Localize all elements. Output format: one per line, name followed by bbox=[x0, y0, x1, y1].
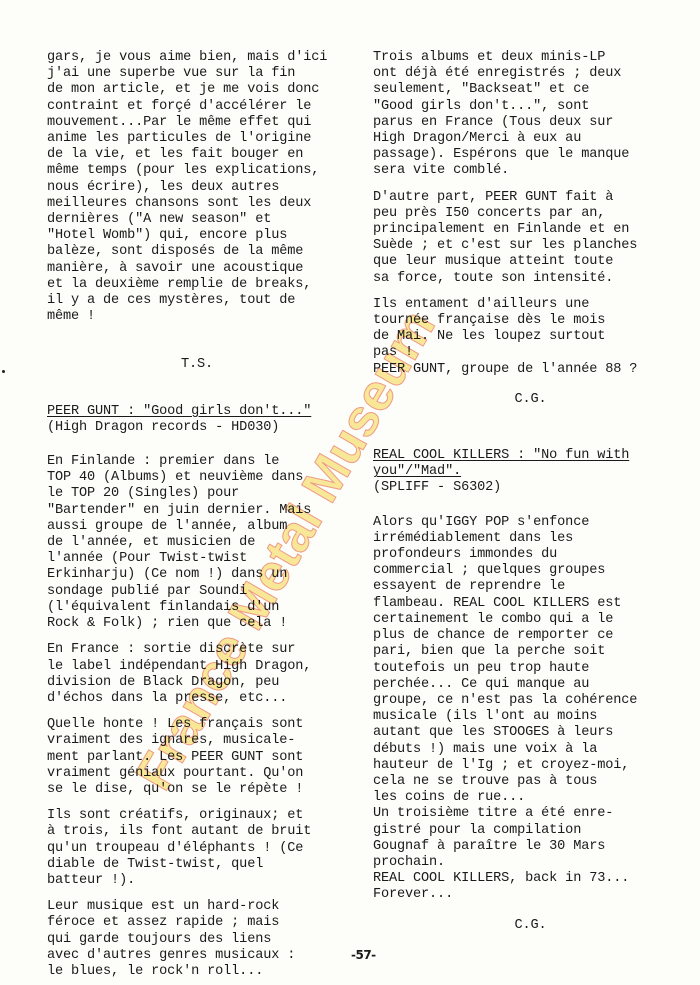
text-line: vraiment des ignares, musicale- bbox=[47, 733, 347, 749]
text-line: certainement le combo qui a le bbox=[373, 612, 688, 628]
page-number: -57- bbox=[351, 948, 376, 962]
text-line: il y a de ces mystères, tout de bbox=[47, 293, 347, 309]
text-line: et la deuxième remplie de breaks, bbox=[47, 277, 347, 293]
paragraph: Leur musique est un hard-rockféroce et a… bbox=[47, 899, 347, 980]
text-line: les coins de rue... bbox=[373, 790, 688, 806]
text-line: dernières ("A new season" et bbox=[47, 212, 347, 228]
review-heading: PEER GUNT : "Good girls don't..." bbox=[47, 404, 347, 420]
text-line: "Bartender" en juin dernier. Mais bbox=[47, 503, 347, 519]
text-line: TOP 40 (Albums) et neuvième dans bbox=[47, 470, 347, 486]
text-line: d'échos dans la presse, etc... bbox=[47, 691, 347, 707]
text-line: you"/"Mad". bbox=[373, 464, 688, 480]
text-line: qui garde toujours des liens bbox=[47, 932, 347, 948]
text-line: Forever... bbox=[373, 887, 688, 903]
signature-ts: T.S. bbox=[47, 357, 347, 373]
text-line: anime les particules de l'origine bbox=[47, 131, 347, 147]
paragraph: Ils sont créatifs, originaux; età trois,… bbox=[47, 808, 347, 889]
text-line: de l'année, et musicien de bbox=[47, 535, 347, 551]
text-line: musicale (ils l'ont au moins bbox=[373, 709, 688, 725]
text-line: perchée... Ce qui manque au bbox=[373, 677, 688, 693]
text-line: En Finlande : premier dans le bbox=[47, 454, 347, 470]
review-heading: REAL COOL KILLERS : "No fun withyou"/"Ma… bbox=[373, 448, 688, 480]
text-line: vraiment géniaux pourtant. Qu'on bbox=[47, 766, 347, 782]
text-line: D'autre part, PEER GUNT fait à bbox=[373, 190, 688, 206]
text-line: l'année (Pour Twist-twist bbox=[47, 551, 347, 567]
text-line: Rock & Folk) ; rien que cela ! bbox=[47, 616, 347, 632]
text-line: pas ! bbox=[373, 345, 688, 361]
record-label: (SPLIFF - S6302) bbox=[373, 480, 688, 496]
text-line: autant que les STOOGES à leurs bbox=[373, 725, 688, 741]
text-line: En France : sortie discrète sur bbox=[47, 642, 347, 658]
text-line: qu'un troupeau d'éléphants ! (Ce bbox=[47, 841, 347, 857]
text-line: passage). Espérons que le manque bbox=[373, 147, 688, 163]
text-line: sondage publié par Soundi bbox=[47, 584, 347, 600]
text-line: commercial ; quelques groupes bbox=[373, 563, 688, 579]
text-line: plus de chance de remporter ce bbox=[373, 628, 688, 644]
text-line: irrémédiablement dans les bbox=[373, 531, 688, 547]
text-line: Quelle honte ! Les français sont bbox=[47, 717, 347, 733]
text-line: tournée française dès le mois bbox=[373, 313, 688, 329]
text-line: Alors qu'IGGY POP s'enfonce bbox=[373, 515, 688, 531]
paragraph: En Finlande : premier dans leTOP 40 (Alb… bbox=[47, 454, 347, 632]
text-line: Erkinharju) (Ce nom !) dans un bbox=[47, 567, 347, 583]
right-column: Trois albums et deux minis-LPont déjà ét… bbox=[373, 50, 688, 934]
text-line: principalement en Finlande et en bbox=[373, 222, 688, 238]
text-line: manière, à savoir une acoustique bbox=[47, 261, 347, 277]
text-line: groupe, ce n'est pas la cohérence bbox=[373, 693, 688, 709]
text-line: diable de Twist-twist, quel bbox=[47, 857, 347, 873]
text-line: débuts !) mais une voix à la bbox=[373, 742, 688, 758]
text-line: avec d'autres genres musicaux : bbox=[47, 948, 347, 964]
text-line: féroce et assez rapide ; mais bbox=[47, 915, 347, 931]
text-line: mouvement...Par le même effet qui bbox=[47, 115, 347, 131]
text-line: aussi groupe de l'année, album bbox=[47, 519, 347, 535]
text-line: Suède ; et c'est sur les planches bbox=[373, 238, 688, 254]
text-line: balèze, sont disposés de la même bbox=[47, 244, 347, 260]
text-line: batteur !). bbox=[47, 873, 347, 889]
signature-cg-2: C.G. bbox=[373, 918, 688, 934]
text-line: meilleures chansons sont les deux bbox=[47, 196, 347, 212]
text-line: toutefois un peu trop haute bbox=[373, 661, 688, 677]
text-line: de mon article, et je me vois donc bbox=[47, 82, 347, 98]
text-line: nous écrire), les deux autres bbox=[47, 180, 347, 196]
scan-mark bbox=[2, 370, 5, 373]
text-line: se le dise, qu'on se le répète ! bbox=[47, 782, 347, 798]
review-continued: Trois albums et deux minis-LPont déjà ét… bbox=[373, 50, 688, 378]
paragraph: En France : sortie discrète surle label … bbox=[47, 642, 347, 707]
text-line: "Hotel Womb") qui, encore plus bbox=[47, 228, 347, 244]
text-line: sera vite comblé. bbox=[373, 163, 688, 179]
text-line: Gougnaf à paraître le 30 Mars bbox=[373, 839, 688, 855]
paragraph: Quelle honte ! Les français sontvraiment… bbox=[47, 717, 347, 798]
review-real-cool-killers: REAL COOL KILLERS : "No fun withyou"/"Ma… bbox=[373, 448, 688, 903]
text-line: profondeurs immondes du bbox=[373, 547, 688, 563]
text-line: ment parlant. Les PEER GUNT sont bbox=[47, 750, 347, 766]
paragraph: Ils entament d'ailleurs unetournée franç… bbox=[373, 297, 688, 378]
text-line: Trois albums et deux minis-LP bbox=[373, 50, 688, 66]
text-line: à trois, ils font autant de bruit bbox=[47, 824, 347, 840]
text-line: gistré pour la compilation bbox=[373, 823, 688, 839]
text-line: seulement, "Backseat" et ce bbox=[373, 82, 688, 98]
text-line: le label indépendant High Dragon, bbox=[47, 659, 347, 675]
intro-paragraph: gars, je vous aime bien, mais d'icij'ai … bbox=[47, 50, 347, 325]
text-line: de la vie, et les fait bouger en bbox=[47, 147, 347, 163]
text-line: contraint et forçé d'accélérer le bbox=[47, 99, 347, 115]
text-line: division de Black Dragon, peu bbox=[47, 675, 347, 691]
signature-cg-1: C.G. bbox=[373, 392, 688, 408]
text-line: "Good girls don't...", sont bbox=[373, 99, 688, 115]
text-line: Un troisième titre a été enre- bbox=[373, 806, 688, 822]
text-line: peu près I50 concerts par an, bbox=[373, 206, 688, 222]
text-line: le blues, le rock'n roll... bbox=[47, 964, 347, 980]
text-line: Ils entament d'ailleurs une bbox=[373, 297, 688, 313]
text-line: le TOP 20 (Singles) pour bbox=[47, 486, 347, 502]
text-line: (l'équivalent finlandais d'un bbox=[47, 600, 347, 616]
text-line: flambeau. REAL COOL KILLERS est bbox=[373, 596, 688, 612]
text-line: pari, bien que la perche soit bbox=[373, 644, 688, 660]
text-line: Ils sont créatifs, originaux; et bbox=[47, 808, 347, 824]
text-line: que leur musique atteint toute bbox=[373, 254, 688, 270]
text-line: Leur musique est un hard-rock bbox=[47, 899, 347, 915]
text-line: même temps (pour les explications, bbox=[47, 163, 347, 179]
text-line: cela ne se trouve pas à tous bbox=[373, 774, 688, 790]
text-line: prochain. bbox=[373, 855, 688, 871]
text-line: gars, je vous aime bien, mais d'ici bbox=[47, 50, 347, 66]
review-body: En Finlande : premier dans leTOP 40 (Alb… bbox=[47, 454, 347, 980]
text-line: REAL COOL KILLERS : "No fun with bbox=[373, 448, 688, 464]
text-line: High Dragon/Merci à eux au bbox=[373, 131, 688, 147]
review-peer-gunt: PEER GUNT : "Good girls don't..." (High … bbox=[47, 404, 347, 981]
text-line: REAL COOL KILLERS, back in 73... bbox=[373, 871, 688, 887]
text-line: essayent de reprendre le bbox=[373, 579, 688, 595]
review-body: Alors qu'IGGY POP s'enfonceirrémédiablem… bbox=[373, 515, 688, 904]
text-line: de Mai. Ne les loupez surtout bbox=[373, 329, 688, 345]
text-line: sa force, toute son intensité. bbox=[373, 271, 688, 287]
text-line: hauteur de l'Ig ; et croyez-moi, bbox=[373, 758, 688, 774]
paragraph: Trois albums et deux minis-LPont déjà ét… bbox=[373, 50, 688, 180]
text-line: PEER GUNT, groupe de l'année 88 ? bbox=[373, 362, 688, 378]
text-line: même ! bbox=[47, 309, 347, 325]
text-line: j'ai une superbe vue sur la fin bbox=[47, 66, 347, 82]
text-line: ont déjà été enregistrés ; deux bbox=[373, 66, 688, 82]
paragraph: D'autre part, PEER GUNT fait àpeu près I… bbox=[373, 190, 688, 287]
record-label: (High Dragon records - HD030) bbox=[47, 420, 347, 436]
left-column: gars, je vous aime bien, mais d'icij'ai … bbox=[47, 50, 347, 985]
text-line: parus en France (Tous deux sur bbox=[373, 115, 688, 131]
